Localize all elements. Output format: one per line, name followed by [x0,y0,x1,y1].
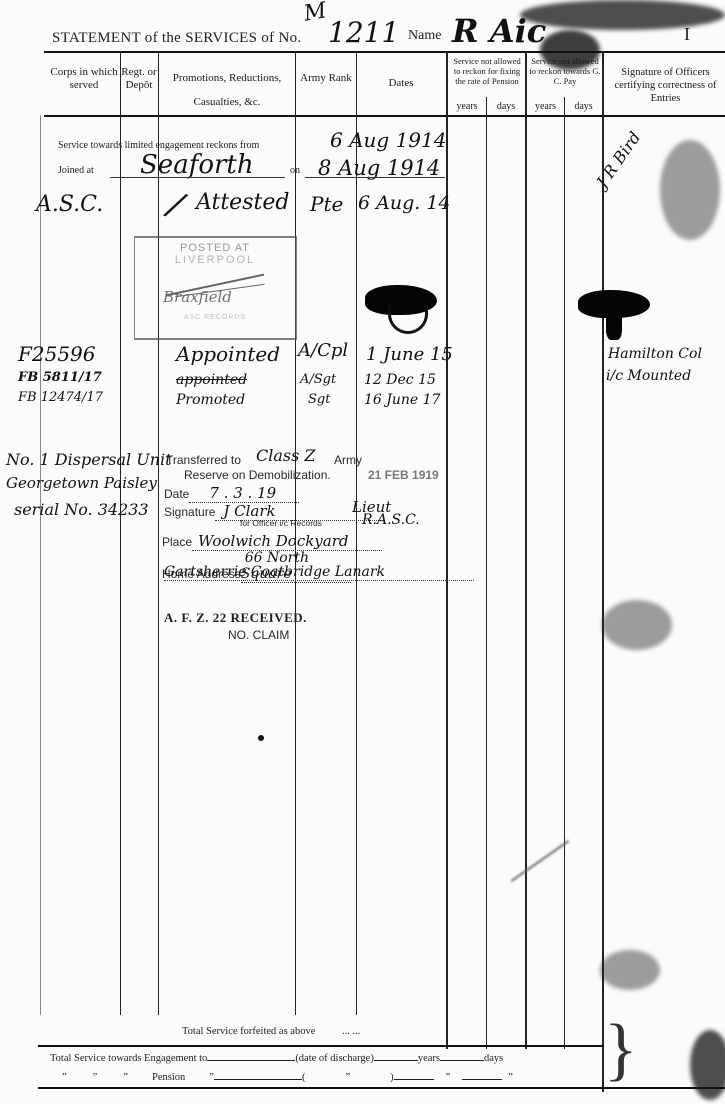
col-line-gc-mid [564,97,565,1049]
entry-corps-fb2: FB 12474/17 [18,390,103,405]
left-margin-line [40,115,41,1015]
service-number: 1211 [328,16,399,49]
reckons-date: 6 Aug 1914 [330,128,446,152]
number-label: No. [278,30,301,46]
pension-total-line: ”””Pension”(”)”” [62,1072,513,1083]
entry-promotion-appointed: Appointed [176,342,280,366]
footer-top-rule [38,1045,604,1047]
title-text: STATEMENT of the SERVICES of [52,30,274,46]
posted-stamp: POSTED AT LIVERPOOL Braxfield ASC RECORD… [134,236,297,340]
entry-promotion-appointed2: appointed [176,372,247,388]
signature-label: Signature [164,505,215,519]
transferred-class: Class Z [256,446,316,465]
dispersal-location: Georgetown Paisley [6,474,157,492]
header-pension-group: Service not allowed to reckon for fixing… [449,56,525,86]
place-field: PlaceWoolwich Dockyard [162,532,382,551]
header-gc-years: years [527,100,564,113]
forfeited-label: Total Service forfeited as above ... ... [182,1026,360,1037]
entry-date-1: 1 June 15 [366,344,453,365]
army-label: Army [334,453,362,467]
col-line-regt [158,52,159,1015]
afz-stamp-line1: A. F. Z. 22 RECEIVED. [164,610,307,626]
stamp-date: 21 FEB 1919 [368,468,439,482]
place-value: Woolwich Dockyard [198,532,348,550]
header-rank: Army Rank [300,66,352,90]
header-gc-group: Service not allowed to reckon towards G.… [528,56,602,86]
header-signature: Signature of Officers certifying correct… [606,66,725,105]
signature-hamilton: Hamilton Col [608,346,702,362]
reserve-label: Reserve on Demobilization. [184,468,331,482]
entry-corps-asc: A.S.C. [36,192,103,217]
header-regt: Regt. or Depôt [121,66,157,92]
entry-date-3: 16 June 17 [364,392,440,408]
header-corps: Corps in which served [50,66,118,92]
entry-corps-fb1: FB 5811/17 [18,370,102,385]
entry-rank-acpl: A/Cpl [298,340,348,361]
signature-mounted: i/c Mounted [606,368,691,384]
header-top-rule [44,51,725,53]
header-gc-days: days [565,100,602,113]
dispersal-unit: No. 1 Dispersal Unit [6,450,172,469]
footer-brace: } [604,1010,638,1090]
engagement-total-line: Total Service towards Engagement to(date… [50,1053,503,1064]
handwritten-stroke: / [164,184,188,226]
entry-promotion-attested: Attested [196,190,289,215]
joined-place: Seaforth [140,150,254,180]
on-label: on [290,165,300,176]
date-label: Date [164,487,189,501]
header-bottom-rule [44,115,725,117]
entry-promotion-promoted: Promoted [176,392,245,408]
entry-date-2: 12 Dec 15 [364,372,436,388]
col-line-corps [120,52,121,1015]
name-label: Name [408,28,441,44]
dispersal-serial: serial No. 34233 [14,500,149,519]
page-mark: I [684,24,690,45]
officer-label: for Officer i/c Records [240,518,322,528]
entry-date-attested: 6 Aug. 14 [358,192,451,214]
signature-bird: J R Bird [592,128,644,191]
header-promotions: Promotions, Reductions, Casualties, &c. [160,66,294,114]
header-dates: Dates [358,77,444,90]
entry-rank-pte: Pte [310,192,343,216]
entry-rank-sgt: Sgt [308,392,330,407]
col-line-pension [525,52,527,1049]
header-pension-days: days [487,100,525,113]
posted-stamp-line2: LIVERPOOL [135,254,295,266]
posted-stamp-line1: POSTED AT [135,242,295,254]
number-prefix-note: M [302,0,329,27]
header-pension-years: years [448,100,486,113]
date-field: Date7 . 3 . 19 [164,484,299,503]
transferred-label: Transferred to [166,453,241,467]
place-label: Place [162,535,192,549]
date-value: 7 . 3 . 19 [209,484,276,502]
entry-corps-number: F25596 [18,342,96,366]
posted-stamp-footer: ASC RECORDS [135,314,295,321]
officer-unit: R.A.S.C. [362,512,420,528]
col-line-pension-mid [486,97,487,1049]
afz-stamp-line2: NO. CLAIM [228,628,289,642]
form-title: STATEMENT of the SERVICES of No. [52,30,301,47]
entry-rank-asgt: A/Sgt [300,372,336,387]
joined-label: Joined at [58,165,94,176]
home-line2: Gartsherrie Coatbridge Lanark [164,564,474,581]
col-line-gc [602,52,604,1092]
